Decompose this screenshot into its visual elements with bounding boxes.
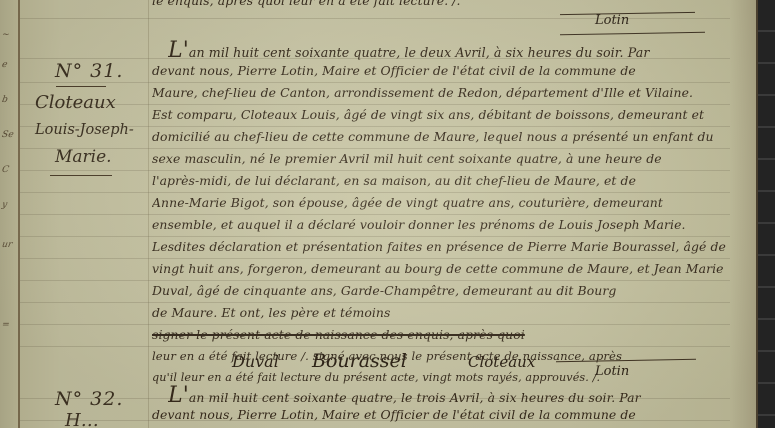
prev-page-fragment: Se bbox=[1, 130, 14, 140]
signature-bourassel: Bourassel bbox=[312, 350, 407, 372]
record-31-line-8: Anne-Marie Bigot, son épouse, âgée de vi… bbox=[152, 195, 742, 210]
record-31-line-6: sexe masculin, né le premier Avril mil h… bbox=[152, 151, 742, 166]
record-given-names-2: Marie. bbox=[55, 147, 112, 167]
record-31-line-3: Maure, chef-lieu de Canton, arrondisseme… bbox=[152, 85, 742, 100]
record-number-underline bbox=[56, 86, 106, 87]
record-31-line-1: L'an mil huit cent soixante quatre, le d… bbox=[168, 38, 758, 63]
signature-duval: Duval bbox=[232, 352, 279, 371]
record-31-line-7: l'après-midi, de lui déclarant, en sa ma… bbox=[152, 173, 742, 188]
ruled-line bbox=[20, 236, 730, 237]
record-given-names-1: Louis-Joseph- bbox=[35, 122, 134, 138]
record-31-line-2: devant nous, Pierre Lotin, Maire et Offi… bbox=[152, 63, 742, 78]
ruled-line bbox=[20, 192, 730, 193]
previous-record-tail-line: le enquis, après quoi leur en a été fait… bbox=[152, 0, 742, 8]
record-32-line-1: L'an mil huit cent soixante quatre, le t… bbox=[168, 383, 758, 408]
previous-page-edge: ~ e b Se C y ur = bbox=[0, 0, 18, 428]
prev-page-fragment: ~ bbox=[1, 30, 10, 40]
record-31-line-13: de Maure. Et ont, les père et témoins bbox=[152, 305, 742, 320]
ruled-line bbox=[20, 258, 730, 259]
record-number-32: N° 32. bbox=[55, 388, 123, 410]
prev-page-fragment: = bbox=[1, 320, 10, 330]
ruled-line bbox=[20, 148, 730, 149]
ruled-line bbox=[20, 324, 730, 325]
record-32-line-2: devant nous, Pierre Lotin, Maire et Offi… bbox=[152, 407, 742, 422]
prev-page-fragment: C bbox=[1, 165, 10, 175]
record-surname-32: H… bbox=[65, 410, 99, 428]
ruled-line bbox=[20, 104, 730, 105]
ruled-line bbox=[20, 82, 730, 83]
ruled-line bbox=[20, 170, 730, 171]
record-31-line-10: Lesdites déclaration et présentation fai… bbox=[152, 239, 742, 254]
record-name-underline bbox=[50, 175, 112, 176]
record-31-line-14-struck: signer le présent acte de naissance des … bbox=[152, 327, 742, 342]
record-31-line-4: Est comparu, Cloteaux Louis, âgé de ving… bbox=[152, 107, 742, 122]
ruled-line bbox=[20, 280, 730, 281]
record-number-31: N° 31. bbox=[55, 60, 123, 82]
signature-lotin: Lotin bbox=[595, 364, 629, 379]
ruled-line bbox=[20, 302, 730, 303]
prev-page-fragment: e bbox=[1, 60, 8, 70]
ruled-line bbox=[20, 346, 730, 347]
register-binding-edge bbox=[756, 0, 775, 428]
record-31-line-11: vingt huit ans, forgeron, demeurant au b… bbox=[152, 261, 742, 276]
record-31-line-5: domicilié au chef-lieu de cette commune … bbox=[152, 129, 742, 144]
record-31-line-9: ensemble, et auquel il a déclaré vouloir… bbox=[152, 217, 742, 232]
signature-flourish bbox=[560, 32, 705, 36]
signature-lotin-prev: Lotin bbox=[595, 13, 629, 28]
record-31-line-12: Duval, âgé de cinquante ans, Garde-Champ… bbox=[152, 283, 742, 298]
prev-page-fragment: ur bbox=[1, 240, 13, 250]
record-surname: Cloteaux bbox=[35, 92, 116, 113]
prev-page-fragment: y bbox=[1, 200, 8, 210]
signature-cloteaux: Cloteaux bbox=[468, 353, 535, 371]
ruled-line bbox=[20, 214, 730, 215]
prev-page-fragment: b bbox=[1, 95, 9, 105]
